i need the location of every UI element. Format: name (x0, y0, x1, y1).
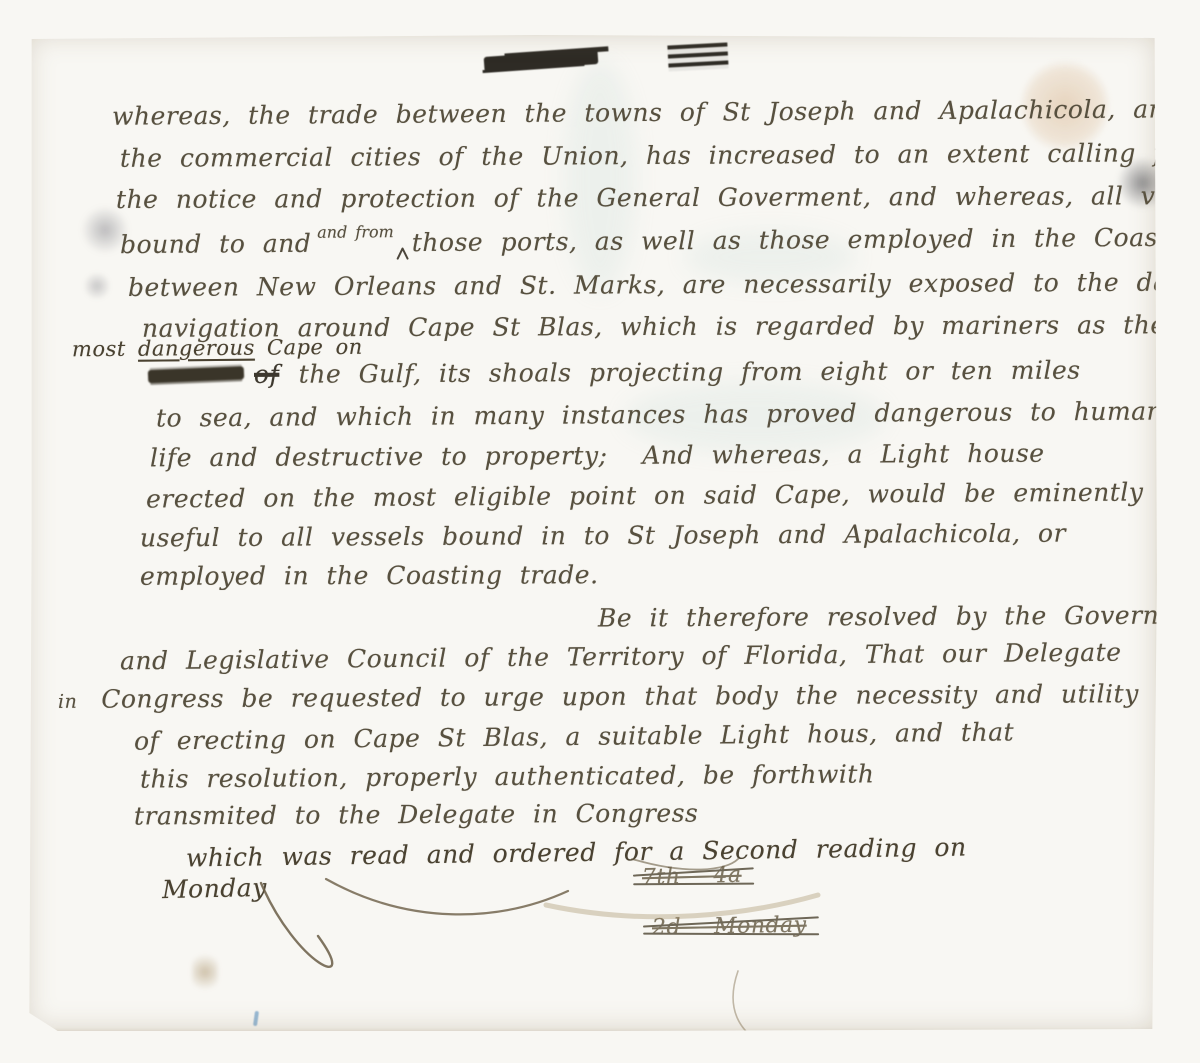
scribbled-out-word-mark (484, 49, 599, 72)
handwritten-line: whereas, the trade between the towns of … (112, 96, 1158, 128)
handwritten-text: whereas, the trade between the towns of … (112, 94, 1158, 130)
blue-ink-mark (253, 1011, 259, 1026)
handwritten-text: between New Orleans and St. Marks, are n… (128, 267, 1158, 302)
handwritten-line: transmited to the Delegate in Congress (134, 801, 698, 829)
handwritten-text: which was read and ordered for a Second … (186, 833, 967, 873)
handwritten-text: in (58, 691, 77, 713)
insertion-caret-mark (396, 247, 408, 259)
handwritten-line: the notice and protection of the General… (116, 183, 1158, 212)
handwritten-line: between New Orleans and St. Marks, are n… (128, 269, 1158, 300)
handwritten-line: 7th 4a (642, 865, 742, 890)
handwritten-text: employed in the Coasting trade. (140, 560, 599, 591)
handwritten-line: erected on the most eligible point on sa… (146, 480, 1144, 512)
handwritten-text: Monday (162, 873, 267, 904)
handwritten-text: bound to and (120, 229, 311, 259)
paper-stain (192, 949, 218, 995)
illegible-scribble (148, 366, 244, 383)
handwritten-line: and Legislative Council of the Territory… (120, 640, 1122, 674)
handwritten-line: useful to all vessels bound in to St Jos… (140, 521, 1066, 551)
handwritten-text: transmited to the Delegate in Congress (134, 799, 698, 831)
handwritten-text: life and destructive to property; And wh… (150, 439, 1045, 473)
handwritten-text: to sea, and which in many instances has … (156, 396, 1158, 432)
handwritten-text: this resolution, properly authenticated,… (140, 759, 875, 793)
handwritten-line: 2d Monday (652, 915, 807, 940)
scribbled-out-word-mark (667, 42, 728, 71)
handwritten-line: Be it therefore resolved by the Governor (598, 602, 1158, 630)
handwritten-text: 7th 4a (642, 863, 742, 891)
handwritten-line: Monday (162, 875, 267, 902)
handwritten-line: employed in the Coasting trade. (140, 562, 599, 589)
scanned-manuscript-page: { "paper_color": "#e9e6d8", "ink_color":… (0, 0, 1200, 1063)
handwritten-text: Be it therefore resolved by the Governor (598, 600, 1158, 632)
handwritten-text: most (72, 337, 138, 362)
handwritten-text: the commercial cities of the Union, has … (120, 138, 1158, 173)
handwritten-line: which was read and ordered for a Second … (186, 835, 967, 871)
manuscript-paper: whereas, the trade between the towns of … (26, 33, 1158, 1031)
ink-smudge (84, 269, 110, 303)
handwritten-line: life and destructive to property; And wh… (150, 441, 1045, 471)
handwritten-line: most dangerous Cape on (72, 337, 363, 361)
handwritten-text: of (254, 360, 279, 389)
handwritten-line: inCongress be requested to urge upon tha… (58, 681, 1139, 712)
handwritten-line: of the Gulf, its shoals projecting from … (148, 358, 1081, 388)
handwritten-text: those ports, as well as those employed i… (412, 222, 1158, 257)
handwritten-text: and from (317, 224, 394, 241)
handwritten-text: 2d Monday (652, 913, 807, 941)
handwritten-line: to sea, and which in many instances has … (156, 398, 1158, 430)
handwritten-text: Cape on (255, 335, 363, 360)
handwritten-text: erected on the most eligible point on sa… (146, 478, 1144, 514)
handwritten-text: of erecting on Cape St Blas, a suitable … (134, 717, 1014, 755)
paper-tint-stain (564, 61, 636, 293)
handwritten-text: and Legislative Council of the Territory… (120, 638, 1122, 676)
handwritten-text: the notice and protection of the General… (116, 181, 1158, 214)
handwritten-line: this resolution, properly authenticated,… (140, 761, 875, 791)
handwritten-text: dangerous (138, 336, 255, 361)
handwritten-line: the commercial cities of the Union, has … (120, 140, 1158, 171)
handwritten-line: of erecting on Cape St Blas, a suitable … (134, 719, 1014, 753)
handwritten-line: bound to andand fromthose ports, as well… (120, 224, 1158, 257)
handwritten-text: useful to all vessels bound in to St Jos… (140, 519, 1066, 553)
handwritten-text: Congress be requested to urge upon that … (101, 679, 1139, 713)
handwritten-text: the Gulf, its shoals projecting from eig… (281, 356, 1080, 389)
